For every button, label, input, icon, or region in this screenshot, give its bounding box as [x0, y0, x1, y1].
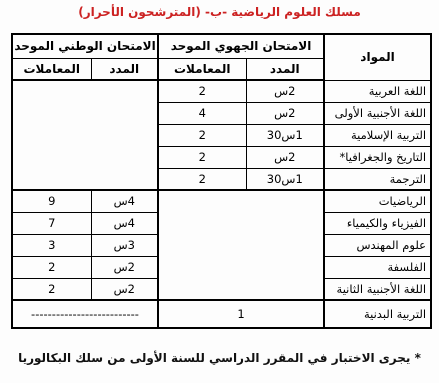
regional-exam-empty-cell: [158, 190, 324, 300]
national-duration-cell: 3س: [91, 234, 158, 256]
subject-cell: التربية البدنية: [324, 300, 431, 328]
subject-cell: الترجمة: [324, 168, 431, 190]
subject-cell: اللغة الأجنبية الأولى: [324, 102, 431, 124]
regional-coefficient-cell: 2: [158, 146, 246, 168]
regional-coefficient-cell: 2: [158, 168, 246, 190]
national-coefficient-cell: 9: [12, 190, 91, 212]
subject-cell: الفيزياء والكيمياء: [324, 212, 431, 234]
national-duration-cell: 4س: [91, 212, 158, 234]
regional-coefficient-cell: 2: [158, 80, 246, 102]
exam-schedule-table: المواد الامتحان الجهوي الموحد الامتحان ا…: [11, 33, 432, 329]
regional-duration-cell: 2س: [246, 146, 324, 168]
regional-coefficient-cell: 2: [158, 124, 246, 146]
footnote: * يجرى الاختبار في المقرر الدراسي للسنة …: [0, 351, 439, 365]
subject-cell: علوم المهندس: [324, 234, 431, 256]
national-duration-cell: 4س: [91, 190, 158, 212]
subject-cell: اللغة العربية: [324, 80, 431, 102]
regional-duration-cell: 1س30: [246, 124, 324, 146]
national-duration-cell: 2س: [91, 256, 158, 278]
regional-coefficient-header: المعاملات: [158, 58, 246, 80]
regional-duration-cell: 2س: [246, 102, 324, 124]
national-coefficient-cell: 7: [12, 212, 91, 234]
table-row: التربية البدنية 1 ----------------------…: [12, 300, 431, 328]
national-duration-header: المدد: [91, 58, 158, 80]
national-duration-cell: 2س: [91, 278, 158, 300]
document-page: { "title": "مسلك العلوم الرياضية -ب- (ال…: [0, 0, 439, 383]
table-row: اللغة العربية 2س 2: [12, 80, 431, 102]
regional-coefficient-cell: 4: [158, 102, 246, 124]
subject-cell: الرياضيات: [324, 190, 431, 212]
national-exam-group-header: الامتحان الوطني الموحد: [12, 34, 158, 58]
national-merged-dashes-cell: --------------------------: [12, 300, 158, 328]
national-coefficient-cell: 2: [12, 256, 91, 278]
subject-cell: التاريخ والجغرافيا*: [324, 146, 431, 168]
regional-merged-value-cell: 1: [158, 300, 324, 328]
table-row: الرياضيات 4س 9: [12, 190, 431, 212]
national-coefficient-header: المعاملات: [12, 58, 91, 80]
national-coefficient-cell: 3: [12, 234, 91, 256]
regional-duration-cell: 2س: [246, 80, 324, 102]
regional-exam-group-header: الامتحان الجهوي الموحد: [158, 34, 324, 58]
subject-cell: اللغة الأجنبية الثانية: [324, 278, 431, 300]
header-group-row: المواد الامتحان الجهوي الموحد الامتحان ا…: [12, 34, 431, 58]
national-exam-empty-cell: [12, 80, 158, 190]
subjects-column-header: المواد: [324, 34, 431, 80]
national-coefficient-cell: 2: [12, 278, 91, 300]
regional-duration-header: المدد: [246, 58, 324, 80]
regional-duration-cell: 1س30: [246, 168, 324, 190]
document-title: مسلك العلوم الرياضية -ب- (المترشحون الأح…: [0, 5, 439, 19]
subject-cell: التربية الإسلامية: [324, 124, 431, 146]
subject-cell: الفلسفة: [324, 256, 431, 278]
